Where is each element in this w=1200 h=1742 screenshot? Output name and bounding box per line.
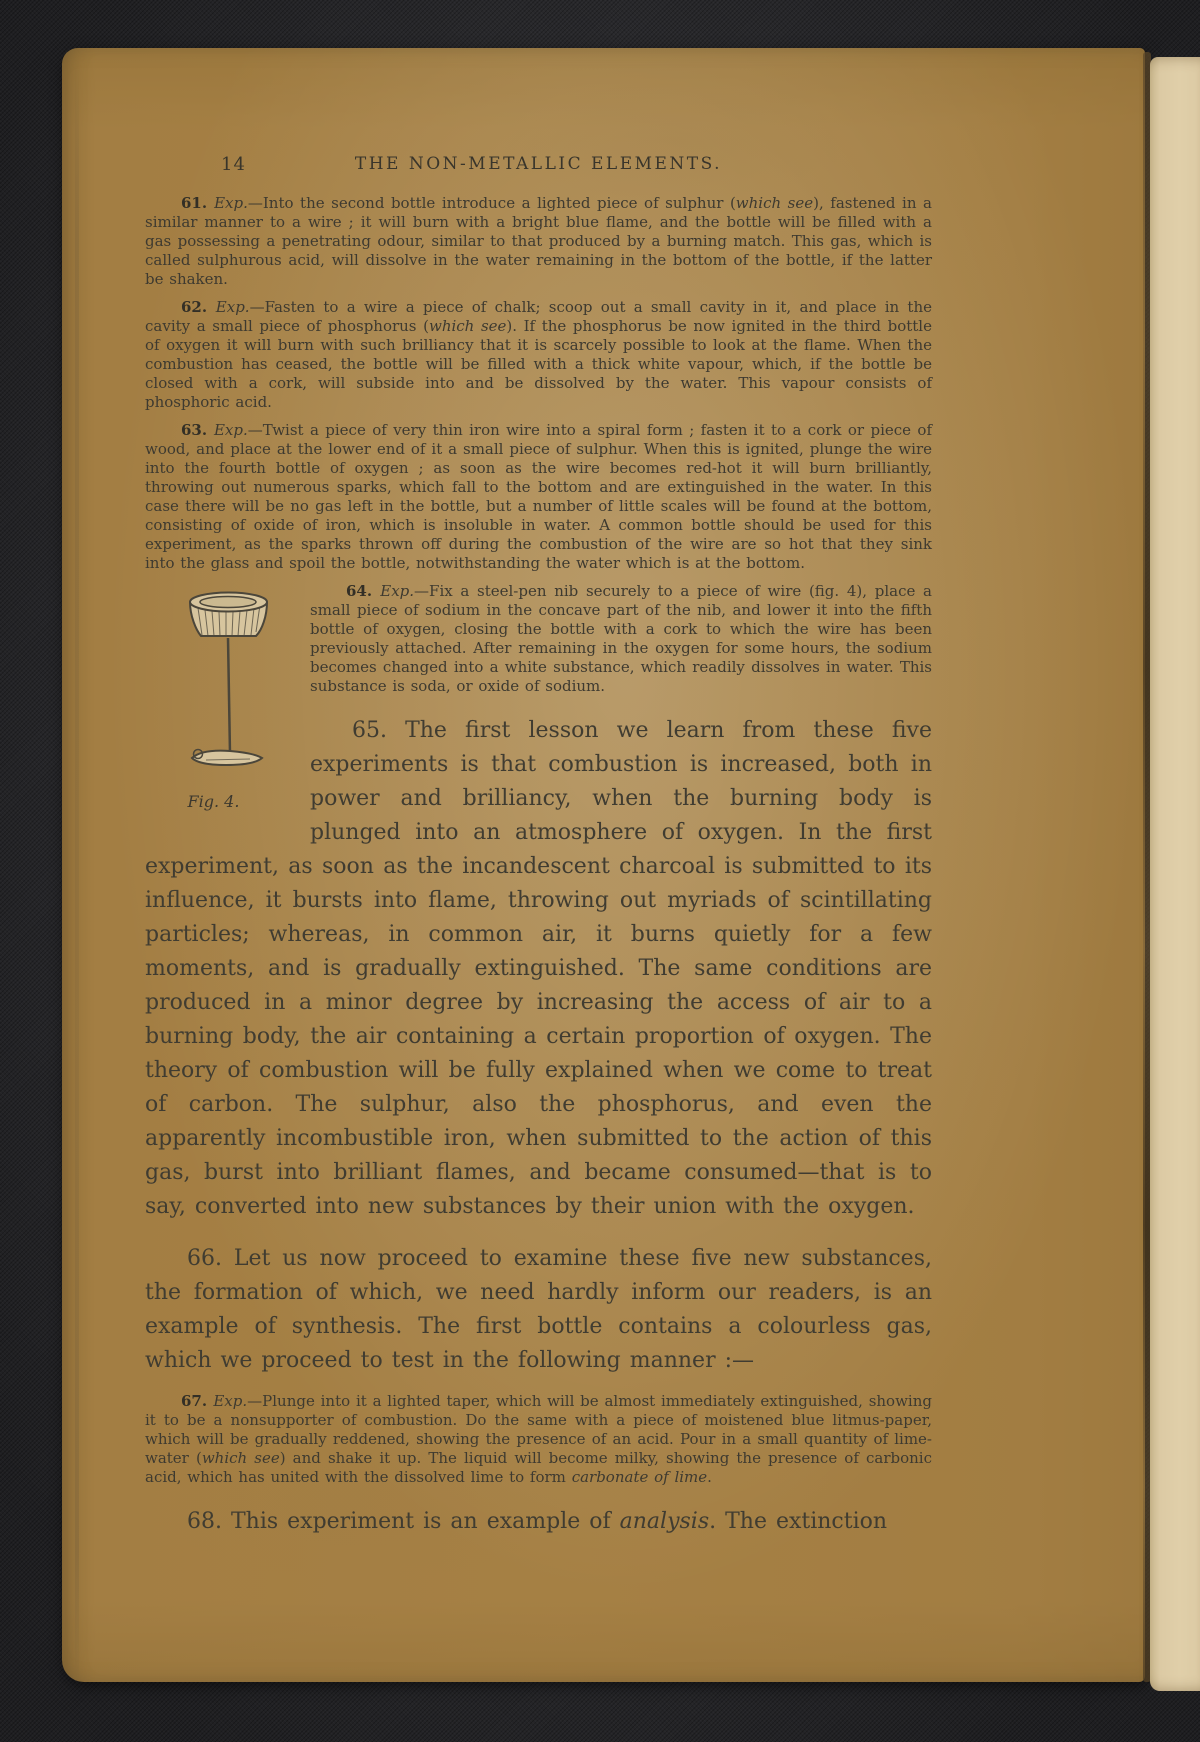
adjacent-page-edge xyxy=(1150,57,1200,1691)
running-title: THE NON-METALLIC ELEMENTS. xyxy=(145,154,932,174)
nib-on-wire-illustration xyxy=(172,586,284,778)
page-content: 14 THE NON-METALLIC ELEMENTS. 61. Exp.—I… xyxy=(62,48,1145,1682)
paragraph-66: 66. Let us now proceed to examine these … xyxy=(145,1242,932,1378)
figure-4: Fig. 4. xyxy=(145,584,310,842)
body-text: 61. Exp.—Into the second bottle introduc… xyxy=(145,194,932,1539)
paragraph-61: 61. Exp.—Into the second bottle introduc… xyxy=(145,194,932,289)
book-scan: 14 THE NON-METALLIC ELEMENTS. 61. Exp.—I… xyxy=(0,0,1200,1742)
paragraph-63: 63. Exp.—Twist a piece of very thin iron… xyxy=(145,421,932,573)
page-header: 14 THE NON-METALLIC ELEMENTS. xyxy=(145,154,932,180)
book-page: 14 THE NON-METALLIC ELEMENTS. 61. Exp.—I… xyxy=(62,48,1145,1682)
paragraph-68: 68. This experiment is an example of ana… xyxy=(145,1505,932,1539)
figure-caption: Fig. 4. xyxy=(188,792,240,811)
paragraph-62: 62. Exp.—Fasten to a wire a piece of cha… xyxy=(145,298,932,412)
page-number: 14 xyxy=(221,154,246,175)
paragraph-67: 67. Exp.—Plunge into it a lighted taper,… xyxy=(145,1392,932,1487)
